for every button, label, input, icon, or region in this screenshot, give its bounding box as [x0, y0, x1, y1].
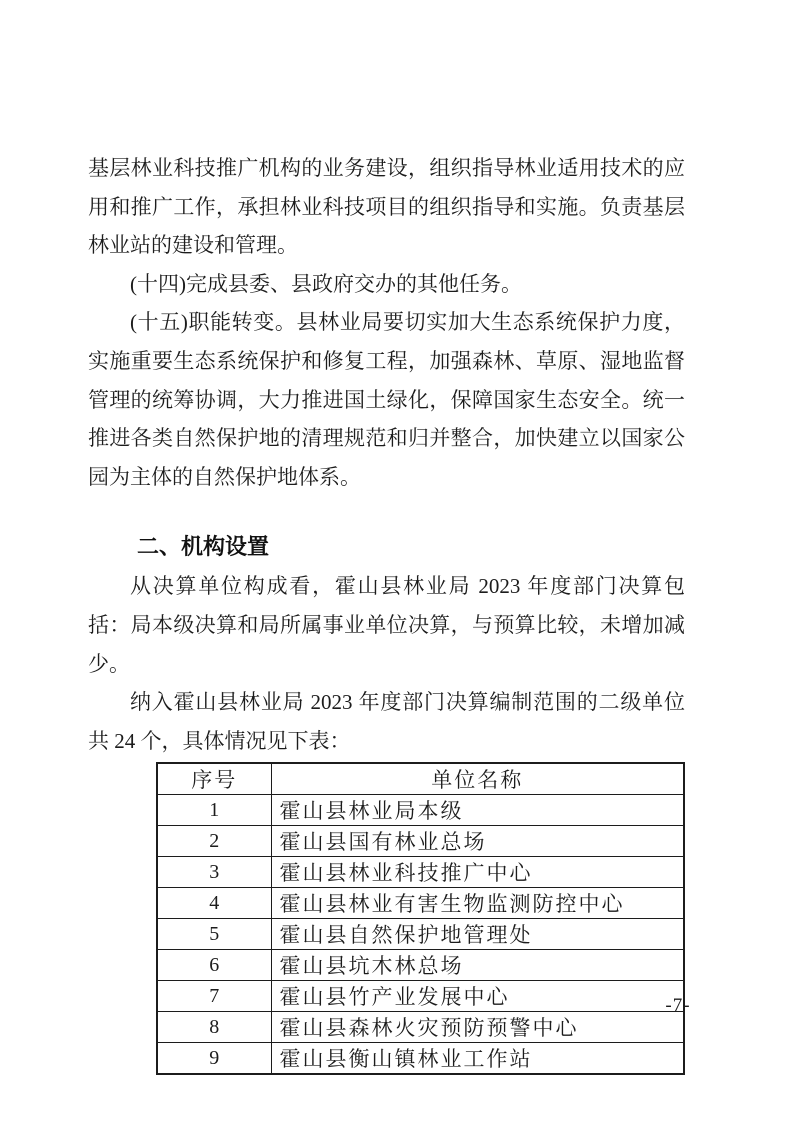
table-row: 3 霍山县林业科技推广中心 — [157, 857, 684, 888]
unit-name: 霍山县林业有害生物监测防控中心 — [271, 888, 684, 919]
section-heading-organization-setup: 二、机构设置 — [88, 527, 685, 567]
unit-name: 霍山县自然保护地管理处 — [271, 919, 684, 950]
row-index: 4 — [157, 888, 271, 919]
row-index: 2 — [157, 826, 271, 857]
table-row: 9 霍山县衡山镇林业工作站 — [157, 1043, 684, 1075]
unit-name: 霍山县林业科技推广中心 — [271, 857, 684, 888]
page-number: -7- — [650, 995, 706, 1017]
table-row: 8 霍山县森林火灾预防预警中心 — [157, 1012, 684, 1043]
body-paragraph-item-14: (十四)完成县委、县政府交办的其他任务。 — [88, 265, 685, 304]
row-index: 7 — [157, 981, 271, 1012]
row-index: 3 — [157, 857, 271, 888]
body-paragraph-item-15: (十五)职能转变。县林业局要切实加大生态系统保护力度，实施重要生态系统保护和修复… — [88, 303, 685, 496]
unit-name: 霍山县衡山镇林业工作站 — [271, 1043, 684, 1075]
row-index: 1 — [157, 795, 271, 826]
section-paragraph-units-count: 纳入霍山县林业局 2023 年度部门决算编制范围的二级单位共 24 个，具体情况… — [88, 683, 685, 760]
column-header-unit-name: 单位名称 — [271, 763, 684, 795]
table-row: 7 霍山县竹产业发展中心 — [157, 981, 684, 1012]
row-index: 9 — [157, 1043, 271, 1075]
unit-name: 霍山县坑木林总场 — [271, 950, 684, 981]
section-paragraph-units-composition: 从决算单位构成看，霍山县林业局 2023 年度部门决算包括：局本级决算和局所属事… — [88, 567, 685, 683]
table-row: 1 霍山县林业局本级 — [157, 795, 684, 826]
table-row: 2 霍山县国有林业总场 — [157, 826, 684, 857]
row-index: 5 — [157, 919, 271, 950]
table-row: 4 霍山县林业有害生物监测防控中心 — [157, 888, 684, 919]
table-header-row: 序号 单位名称 — [157, 763, 684, 795]
column-header-index: 序号 — [157, 763, 271, 795]
row-index: 8 — [157, 1012, 271, 1043]
document-page: 基层林业科技推广机构的业务建设，组织指导林业适用技术的应用和推广工作，承担林业科… — [0, 0, 793, 1122]
units-table: 序号 单位名称 1 霍山县林业局本级 2 霍山县国有林业总场 3 霍山县林业科技… — [156, 762, 685, 1075]
unit-name: 霍山县林业局本级 — [271, 795, 684, 826]
unit-name: 霍山县竹产业发展中心 — [271, 981, 684, 1012]
table-row: 6 霍山县坑木林总场 — [157, 950, 684, 981]
page-content: 基层林业科技推广机构的业务建设，组织指导林业适用技术的应用和推广工作，承担林业科… — [88, 149, 685, 1075]
unit-name: 霍山县森林火灾预防预警中心 — [271, 1012, 684, 1043]
table-row: 5 霍山县自然保护地管理处 — [157, 919, 684, 950]
row-index: 6 — [157, 950, 271, 981]
unit-name: 霍山县国有林业总场 — [271, 826, 684, 857]
body-paragraph-continuation: 基层林业科技推广机构的业务建设，组织指导林业适用技术的应用和推广工作，承担林业科… — [88, 149, 685, 265]
